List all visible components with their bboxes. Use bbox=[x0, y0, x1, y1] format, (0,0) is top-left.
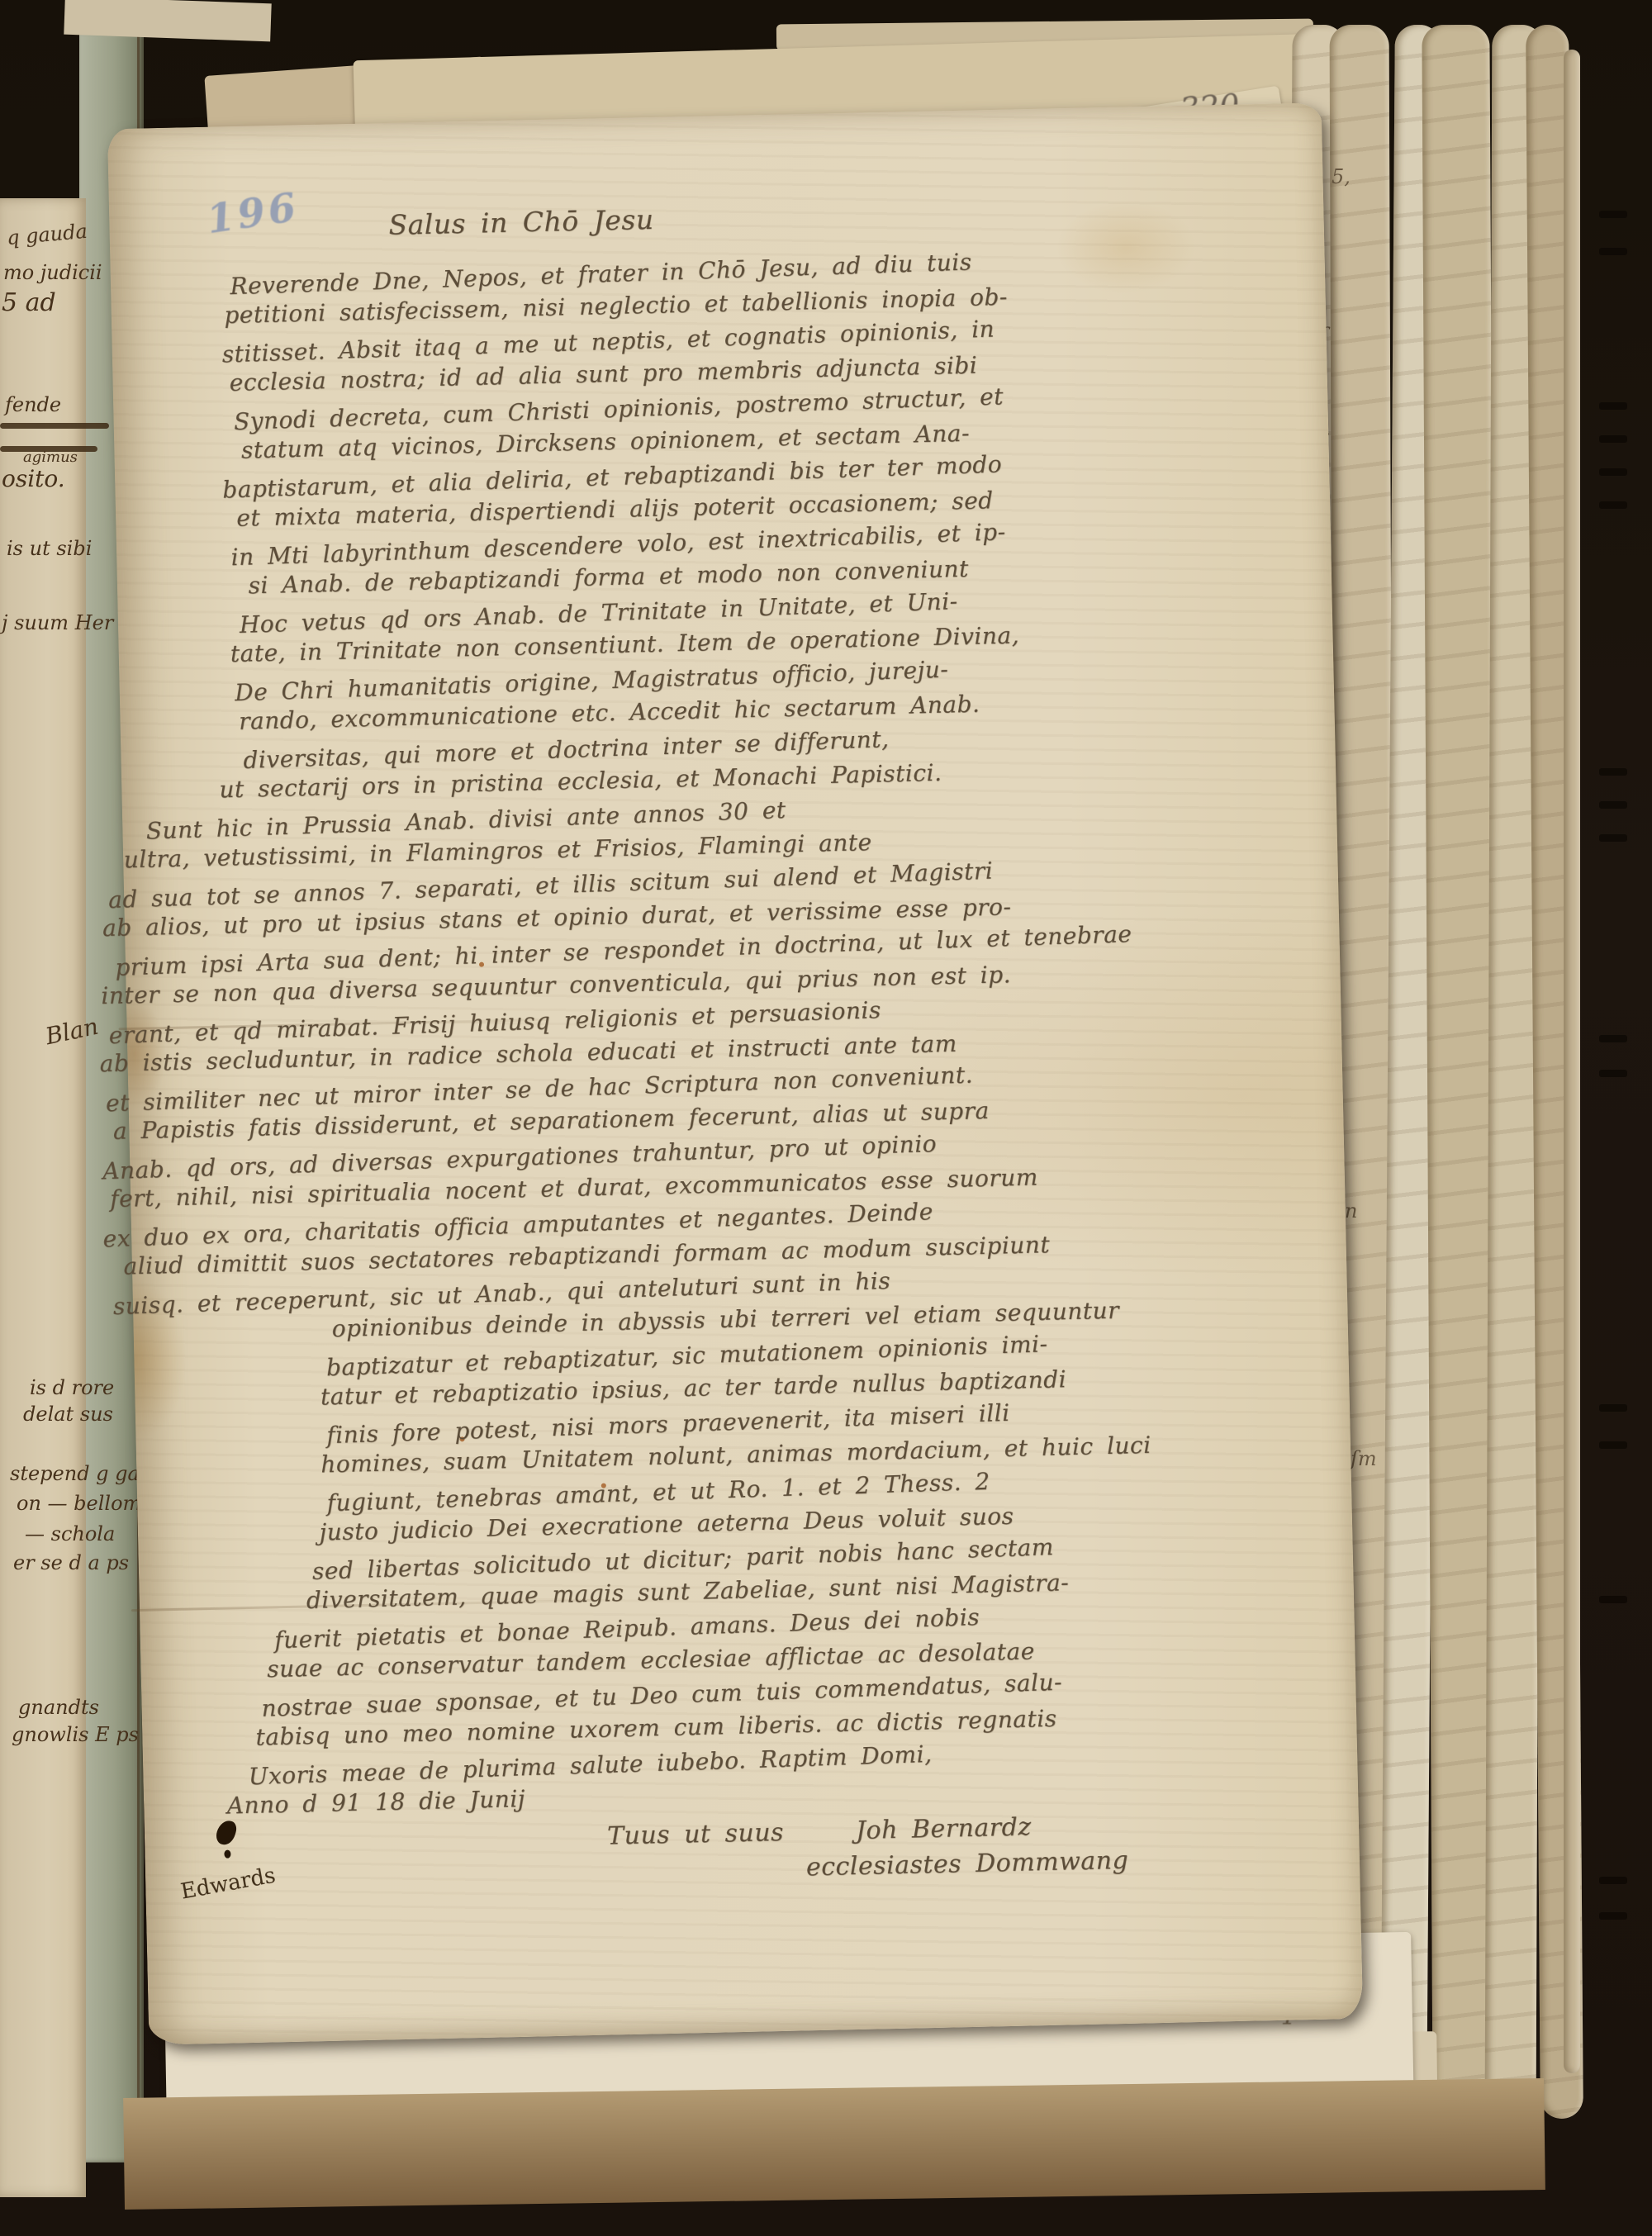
cover-board-edge bbox=[123, 2078, 1545, 2210]
binding-stitch bbox=[1599, 1441, 1627, 1449]
binding-stitch bbox=[1599, 1912, 1627, 1920]
left-page-text-fragment: gnowlis E ps bbox=[12, 1725, 139, 1745]
left-page-text-fragment: on — bellom bbox=[17, 1493, 141, 1513]
left-page-text-fragment: mo judicii bbox=[3, 263, 102, 282]
binding-stitch bbox=[1599, 768, 1627, 776]
binding-stitch bbox=[1599, 801, 1627, 809]
binding-stitch bbox=[1599, 1035, 1627, 1042]
valediction: Tuus ut suus bbox=[607, 1818, 785, 1851]
right-edge-text-fragment: 5, bbox=[1332, 165, 1351, 188]
left-page-text-fragment: er se d a ps bbox=[13, 1553, 129, 1573]
left-page-text-fragment: osito. bbox=[2, 468, 65, 491]
binding-stitch bbox=[1599, 248, 1627, 255]
signature-block: Tuus ut suus Joh Bernardz ecclesiastes D… bbox=[607, 1811, 1129, 1887]
underlying-sheet bbox=[64, 0, 271, 41]
letter-page: 196 Salus in Chō Jesu Reverende Dne, Nep… bbox=[107, 102, 1363, 2045]
left-page-text-fragment: is d rore bbox=[30, 1378, 114, 1398]
letter-body: Reverende Dne, Nepos, et frater in Chō J… bbox=[106, 236, 1363, 1827]
left-page-text-fragment: agimus bbox=[23, 450, 78, 465]
binding-stitch bbox=[1599, 1596, 1627, 1603]
left-page-text-fragment: fende bbox=[5, 395, 61, 415]
binding-stitch bbox=[1599, 211, 1627, 218]
left-page-text-fragment: delat sus bbox=[23, 1404, 113, 1424]
left-page-edge: q gauda mo judicii 5 ad fende agimus osi… bbox=[0, 198, 86, 2197]
left-page-text-fragment: q gauda bbox=[6, 221, 88, 248]
left-page-text-fragment: is ut sibi bbox=[7, 539, 92, 558]
binding-stitch bbox=[1599, 1404, 1627, 1412]
stacked-page-edge bbox=[1564, 50, 1580, 2073]
strikethrough-mark bbox=[0, 423, 109, 429]
binding-stitch bbox=[1599, 402, 1627, 410]
left-page-text-fragment: — schola bbox=[25, 1524, 115, 1544]
right-edge-text-fragment: ſm bbox=[1351, 1447, 1377, 1470]
signature-name: Joh Bernardz bbox=[856, 1812, 1032, 1845]
left-page-text-fragment: gnandts bbox=[18, 1697, 99, 1717]
manuscript-photo: q gauda mo judicii 5 ad fende agimus osi… bbox=[0, 0, 1652, 2236]
binding-stitch bbox=[1599, 1070, 1627, 1077]
binding-stitch bbox=[1599, 435, 1627, 443]
left-page-text-fragment: 5 ad bbox=[2, 291, 56, 316]
binding-stitch bbox=[1599, 1877, 1627, 1884]
salutation: Salus in Chō Jesu bbox=[388, 203, 654, 241]
left-page-text-fragment: j suum Her bbox=[2, 613, 113, 633]
binding-stitch bbox=[1599, 468, 1627, 476]
binding-stitch bbox=[1599, 501, 1627, 509]
ink-blot bbox=[224, 1850, 230, 1859]
binding-stitch bbox=[1599, 834, 1627, 842]
